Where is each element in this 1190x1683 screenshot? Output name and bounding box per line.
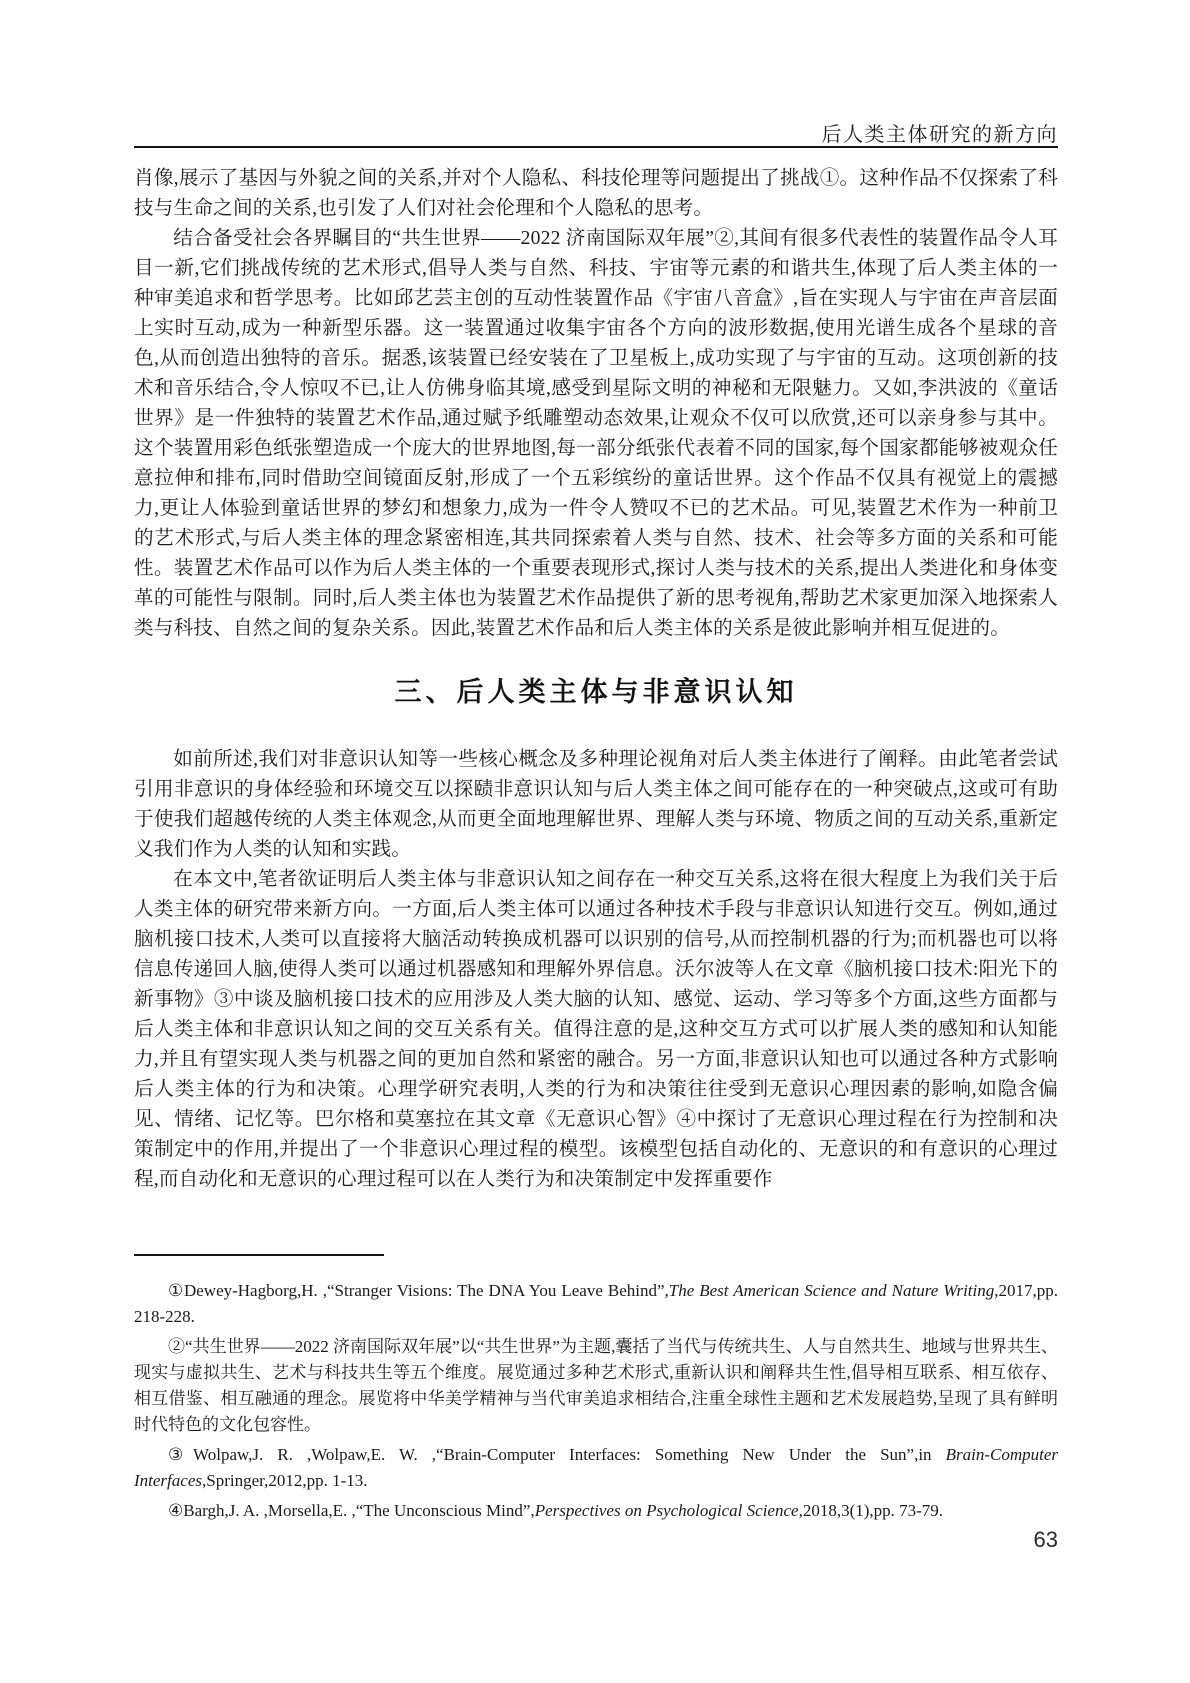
footnote-item: ③Wolpaw,J. R. ,Wolpaw,E. W. ,“Brain-Comp… xyxy=(134,1442,1058,1494)
footnotes-list: ①Dewey-Hagborg,H. ,“Stranger Visions: Th… xyxy=(134,1278,1058,1528)
footnote-item: ④Bargh,J. A. ,Morsella,E. ,“The Unconsci… xyxy=(134,1498,1058,1524)
document-page: 后人类主体研究的新方向 肖像,展示了基因与外貌之间的关系,并对个人隐私、科技伦理… xyxy=(0,0,1190,1683)
body-paragraph-1: 肖像,展示了基因与外貌之间的关系,并对个人隐私、科技伦理等问题提出了挑战①。这种… xyxy=(134,164,1058,224)
body-paragraph-3: 如前所述,我们对非意识认知等一些核心概念及多种理论视角对后人类主体进行了阐释。由… xyxy=(134,745,1058,865)
footnote-item: ①Dewey-Hagborg,H. ,“Stranger Visions: Th… xyxy=(134,1278,1058,1330)
header-rule xyxy=(134,146,1058,148)
body-paragraph-2: 结合备受社会各界瞩目的“共生世界——2022 济南国际双年展”②,其间有很多代表… xyxy=(134,224,1058,644)
footnote-separator xyxy=(134,1254,384,1256)
article-body: 肖像,展示了基因与外貌之间的关系,并对个人隐私、科技伦理等问题提出了挑战①。这种… xyxy=(134,164,1058,1195)
footnote-item: ②“共生世界——2022 济南国际双年展”以“共生世界”为主题,囊括了当代与传统… xyxy=(134,1334,1058,1438)
page-number: 63 xyxy=(978,1527,1058,1553)
running-header: 后人类主体研究的新方向 xyxy=(134,118,1058,147)
body-paragraph-4: 在本文中,笔者欲证明后人类主体与非意识认知之间存在一种交互关系,这将在很大程度上… xyxy=(134,865,1058,1195)
section-heading: 三、后人类主体与非意识认知 xyxy=(134,672,1058,712)
